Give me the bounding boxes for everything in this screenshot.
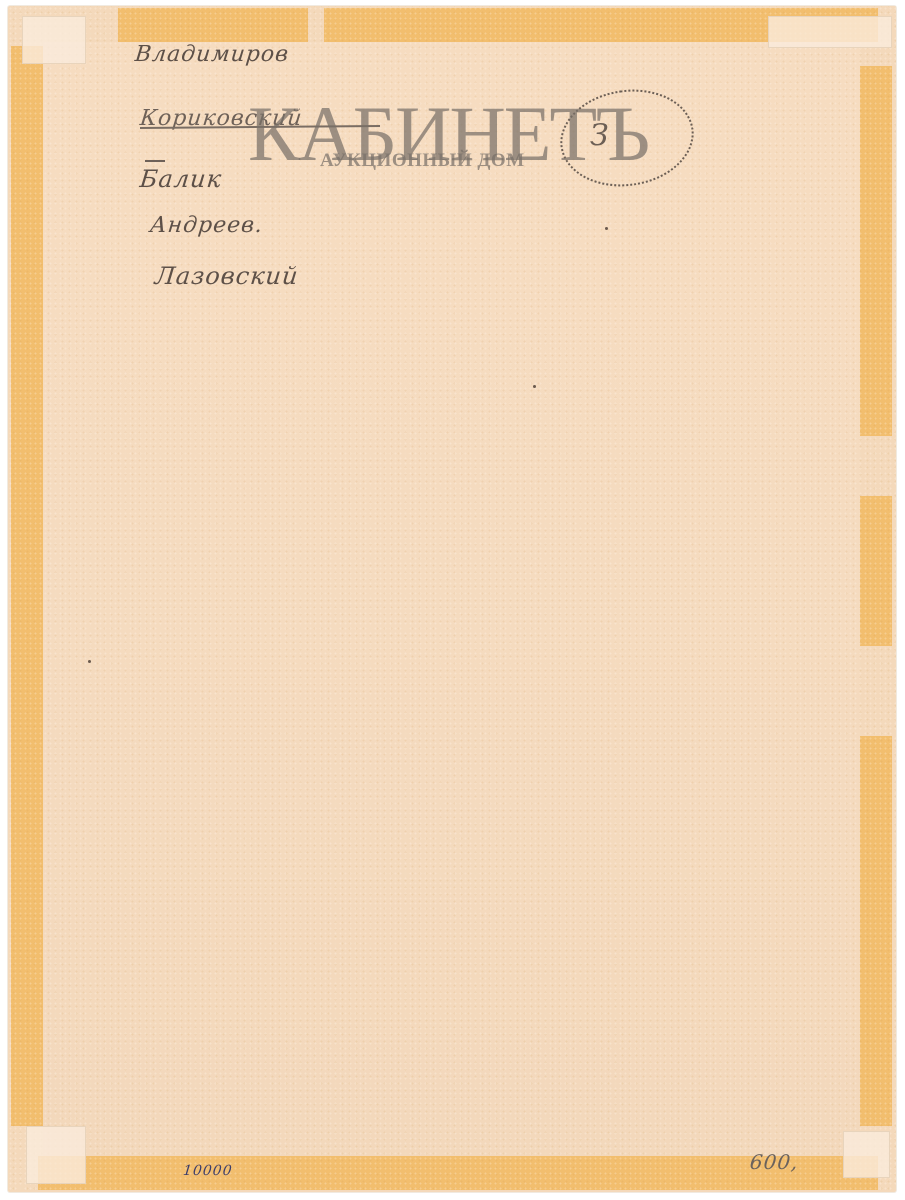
residue-gap [308,8,324,42]
tape-residue-top-right [768,16,892,48]
bottom-left-note: 10000 [182,1163,233,1179]
bottom-right-note: 600, [749,1150,800,1174]
speck [533,385,536,388]
watermark-subtitle: АУКЦИОННЫЙ ДОМ [320,150,525,172]
letter-dash [145,160,165,162]
handwritten-name-4: Андреев. [149,213,265,238]
residue-strip-top [118,8,878,42]
auction-house-watermark: КАБИНЕТЪ АУКЦИОННЫЙ ДОМ [248,92,668,188]
residue-gap [860,436,892,496]
speck [88,660,91,663]
tape-residue-bottom-left [26,1126,86,1184]
handwritten-name-3: Балик [139,165,224,193]
handwritten-name-5: Лазовский [154,262,300,290]
tape-residue-top-left [22,16,86,64]
residue-gap [860,646,892,736]
tape-residue-bottom-right [843,1131,890,1178]
handwritten-name-1: Владимиров [134,42,291,67]
residue-strip-left [11,46,43,1126]
speck [605,227,608,230]
inner-paper-area [43,42,860,1156]
residue-strip-right [860,66,892,1126]
